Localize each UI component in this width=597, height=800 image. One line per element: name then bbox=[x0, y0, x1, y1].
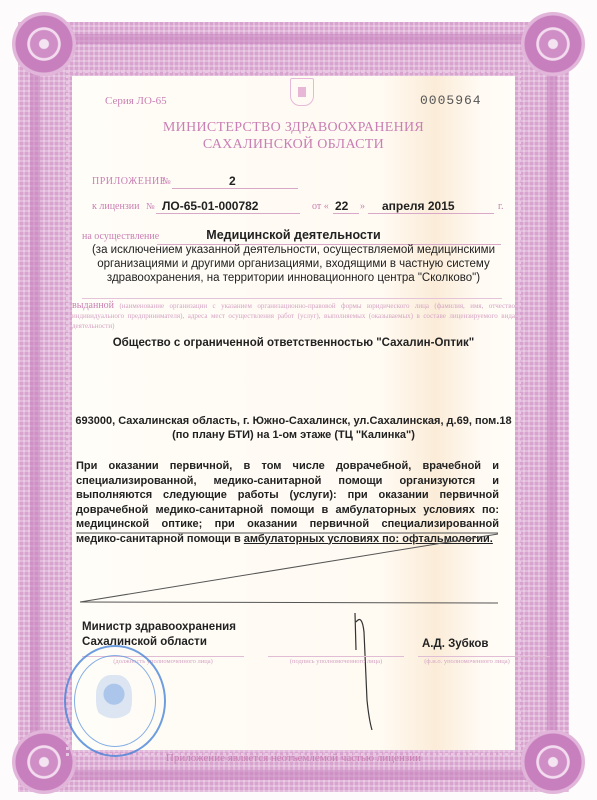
signature-line bbox=[268, 656, 404, 657]
license-appendix-document: Серия ЛО-65 0005964 МИНИСТЕРСТВО ЗДРАВОО… bbox=[0, 0, 597, 800]
position-line-1: Министр здравоохранения bbox=[82, 620, 236, 635]
signatory-name: А.Д. Зубков bbox=[422, 638, 488, 650]
name-line bbox=[418, 656, 550, 657]
name-caption: (ф.и.о. уполномоченного лица) bbox=[418, 658, 516, 665]
signature-caption: (подпись уполномоченного лица) bbox=[268, 658, 404, 665]
official-stamp bbox=[64, 645, 166, 757]
footer-note: Приложение является неотъемлемой частью … bbox=[72, 752, 515, 764]
